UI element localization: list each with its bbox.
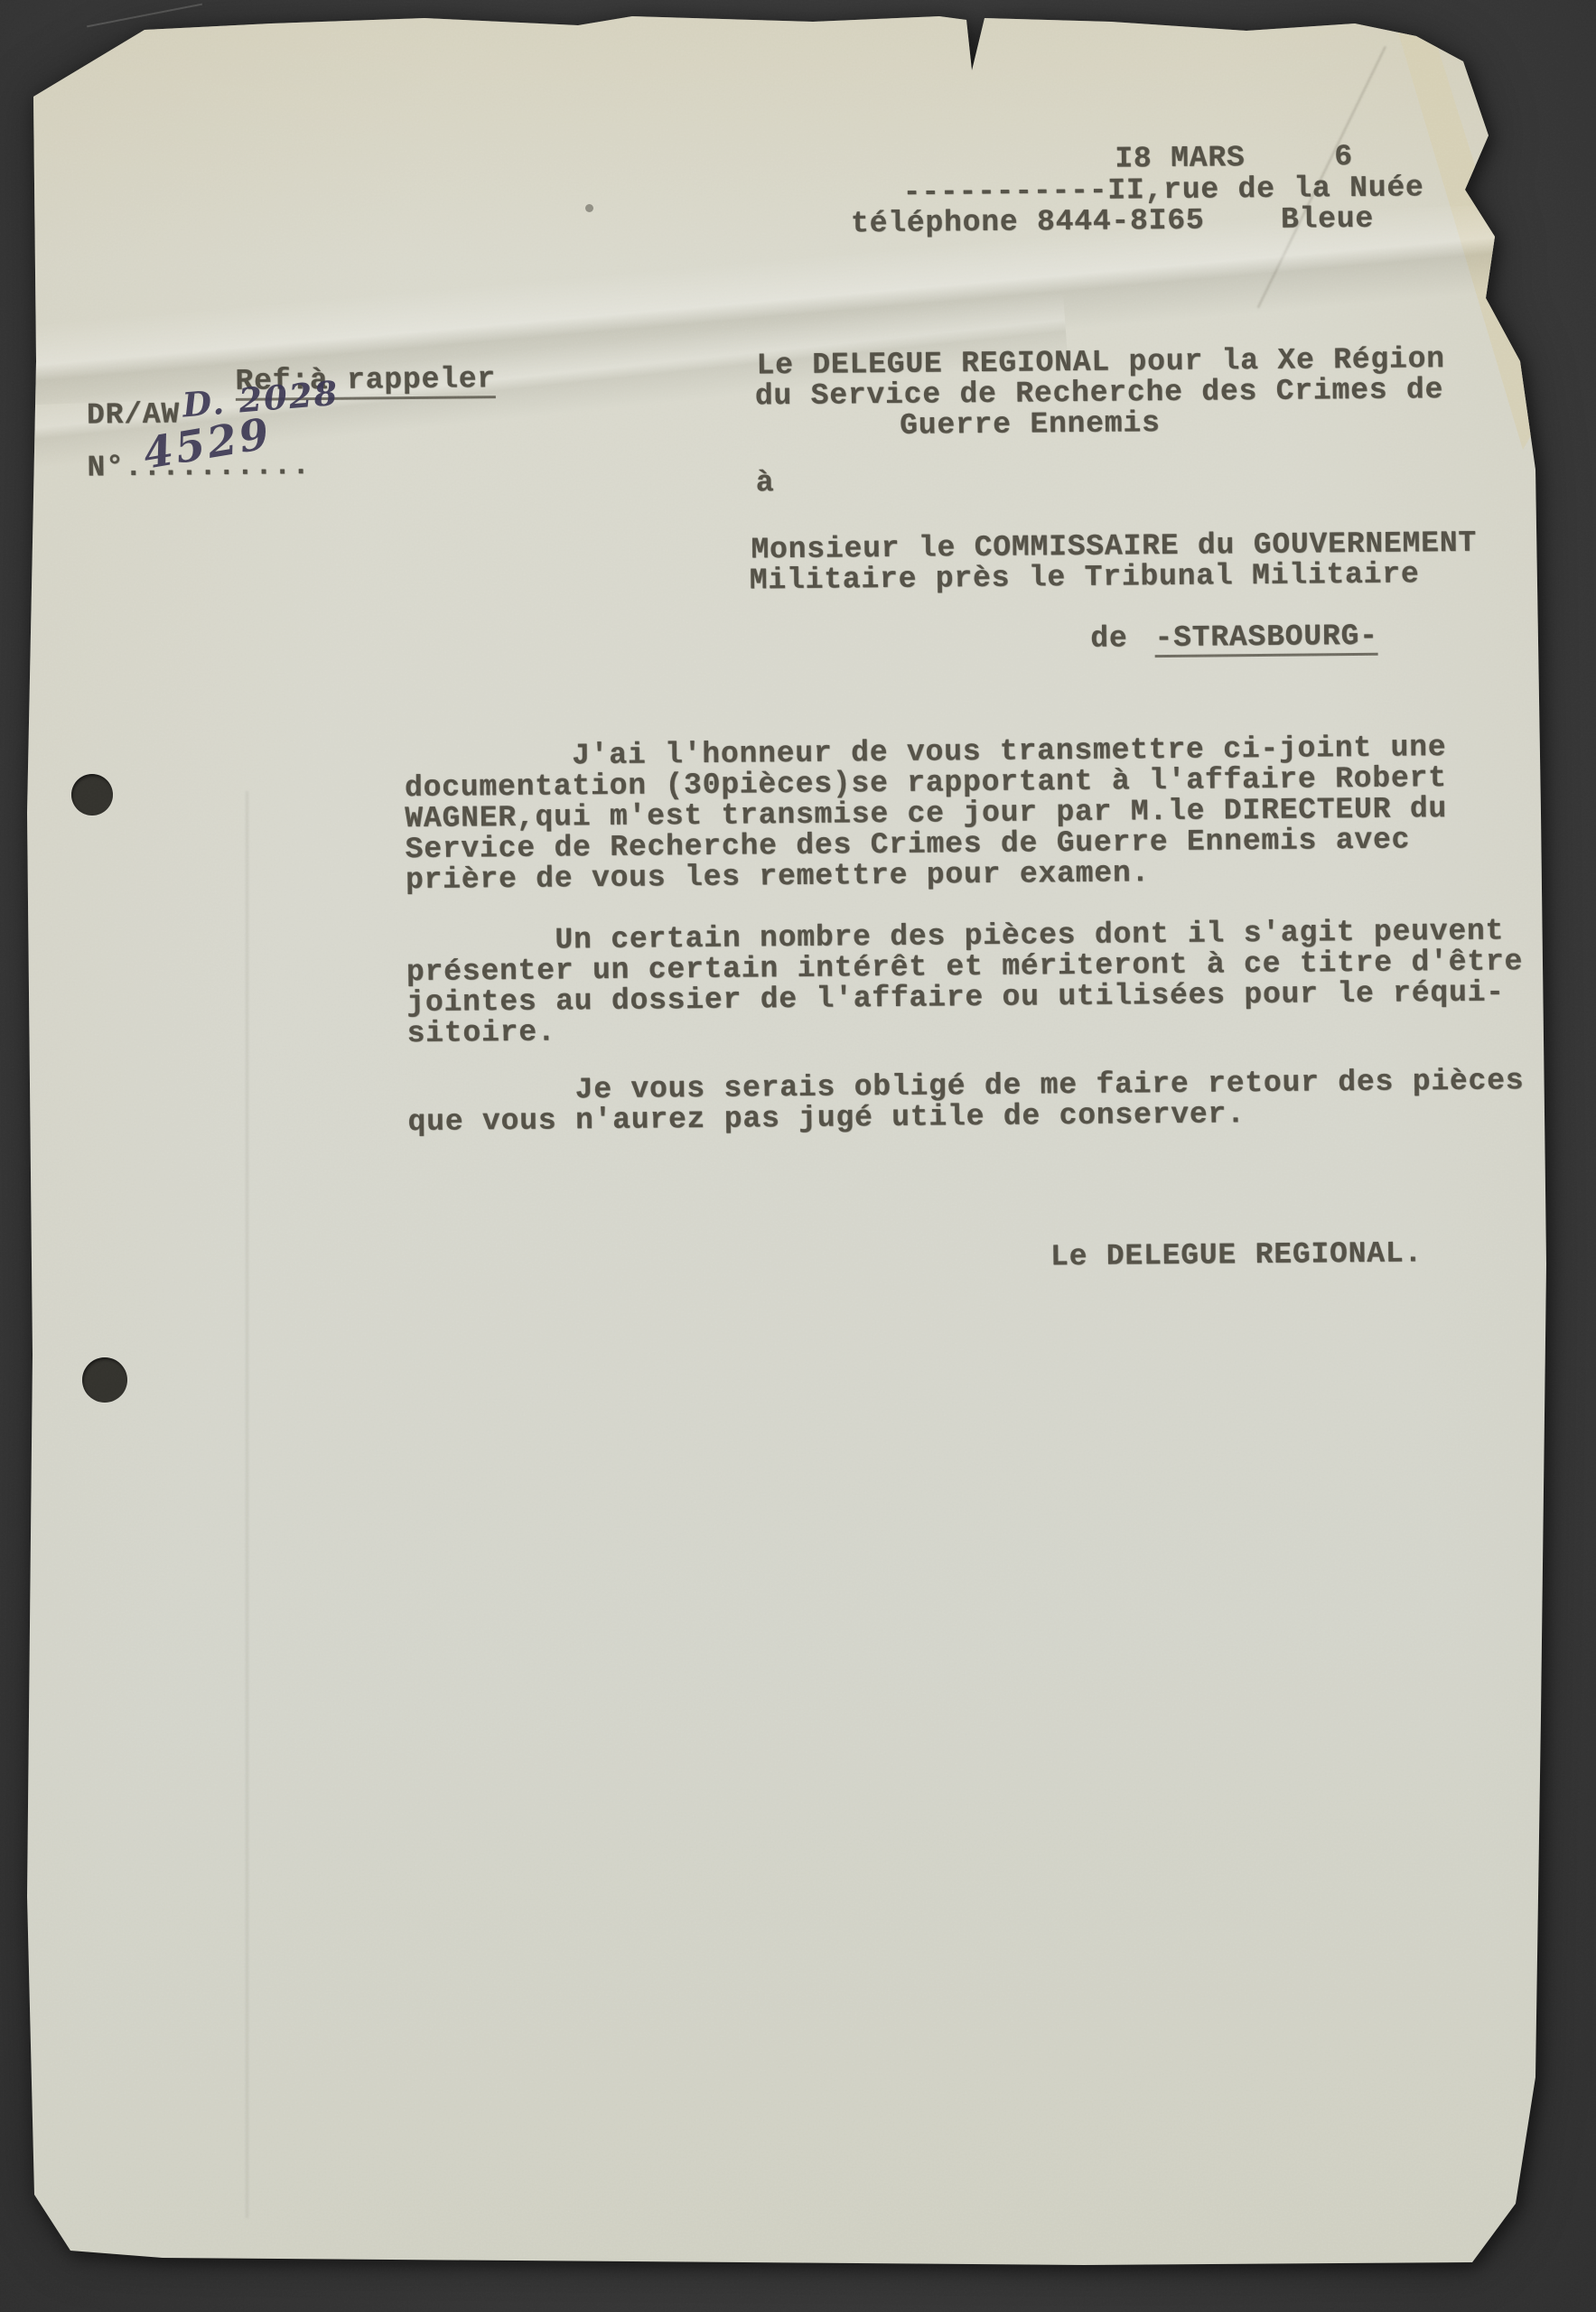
- body-paragraph-1: J'ai l'honneur de vous transmettre ci-jo…: [405, 732, 1448, 896]
- body-paragraph-3: Je vous serais obligé de me faire retour…: [407, 1066, 1525, 1138]
- address-line-2: Bleue: [1281, 204, 1374, 236]
- phone-line: téléphone 8444-8I65: [851, 206, 1205, 240]
- date-line: I8 MARS: [1115, 143, 1246, 174]
- typed-content-layer: I8 MARS 6 -----------II,rue de la Nuée t…: [14, 7, 1564, 2276]
- body-paragraph-2: Un certain nombre des pièces dont il s'a…: [406, 916, 1523, 1049]
- recipient-city-prefix: de: [1090, 621, 1128, 655]
- signature-line: Le DELEGUE REGIONAL.: [1050, 1238, 1423, 1273]
- page-number: 6: [1334, 142, 1353, 172]
- document-page: I8 MARS 6 -----------II,rue de la Nuée t…: [25, 14, 1554, 2269]
- salutation: à: [756, 468, 775, 499]
- recipient-line-3: de-STRASBOURG-: [941, 591, 1378, 691]
- document-page-wrap: I8 MARS 6 -----------II,rue de la Nuée t…: [25, 14, 1554, 2269]
- sender-line-3: Guerre Ennemis: [900, 408, 1161, 442]
- recipient-city-underlined: -STRASBOURG-: [1154, 621, 1378, 657]
- scan-board: { "scan": { "colors": { "background": "#…: [0, 0, 1596, 2312]
